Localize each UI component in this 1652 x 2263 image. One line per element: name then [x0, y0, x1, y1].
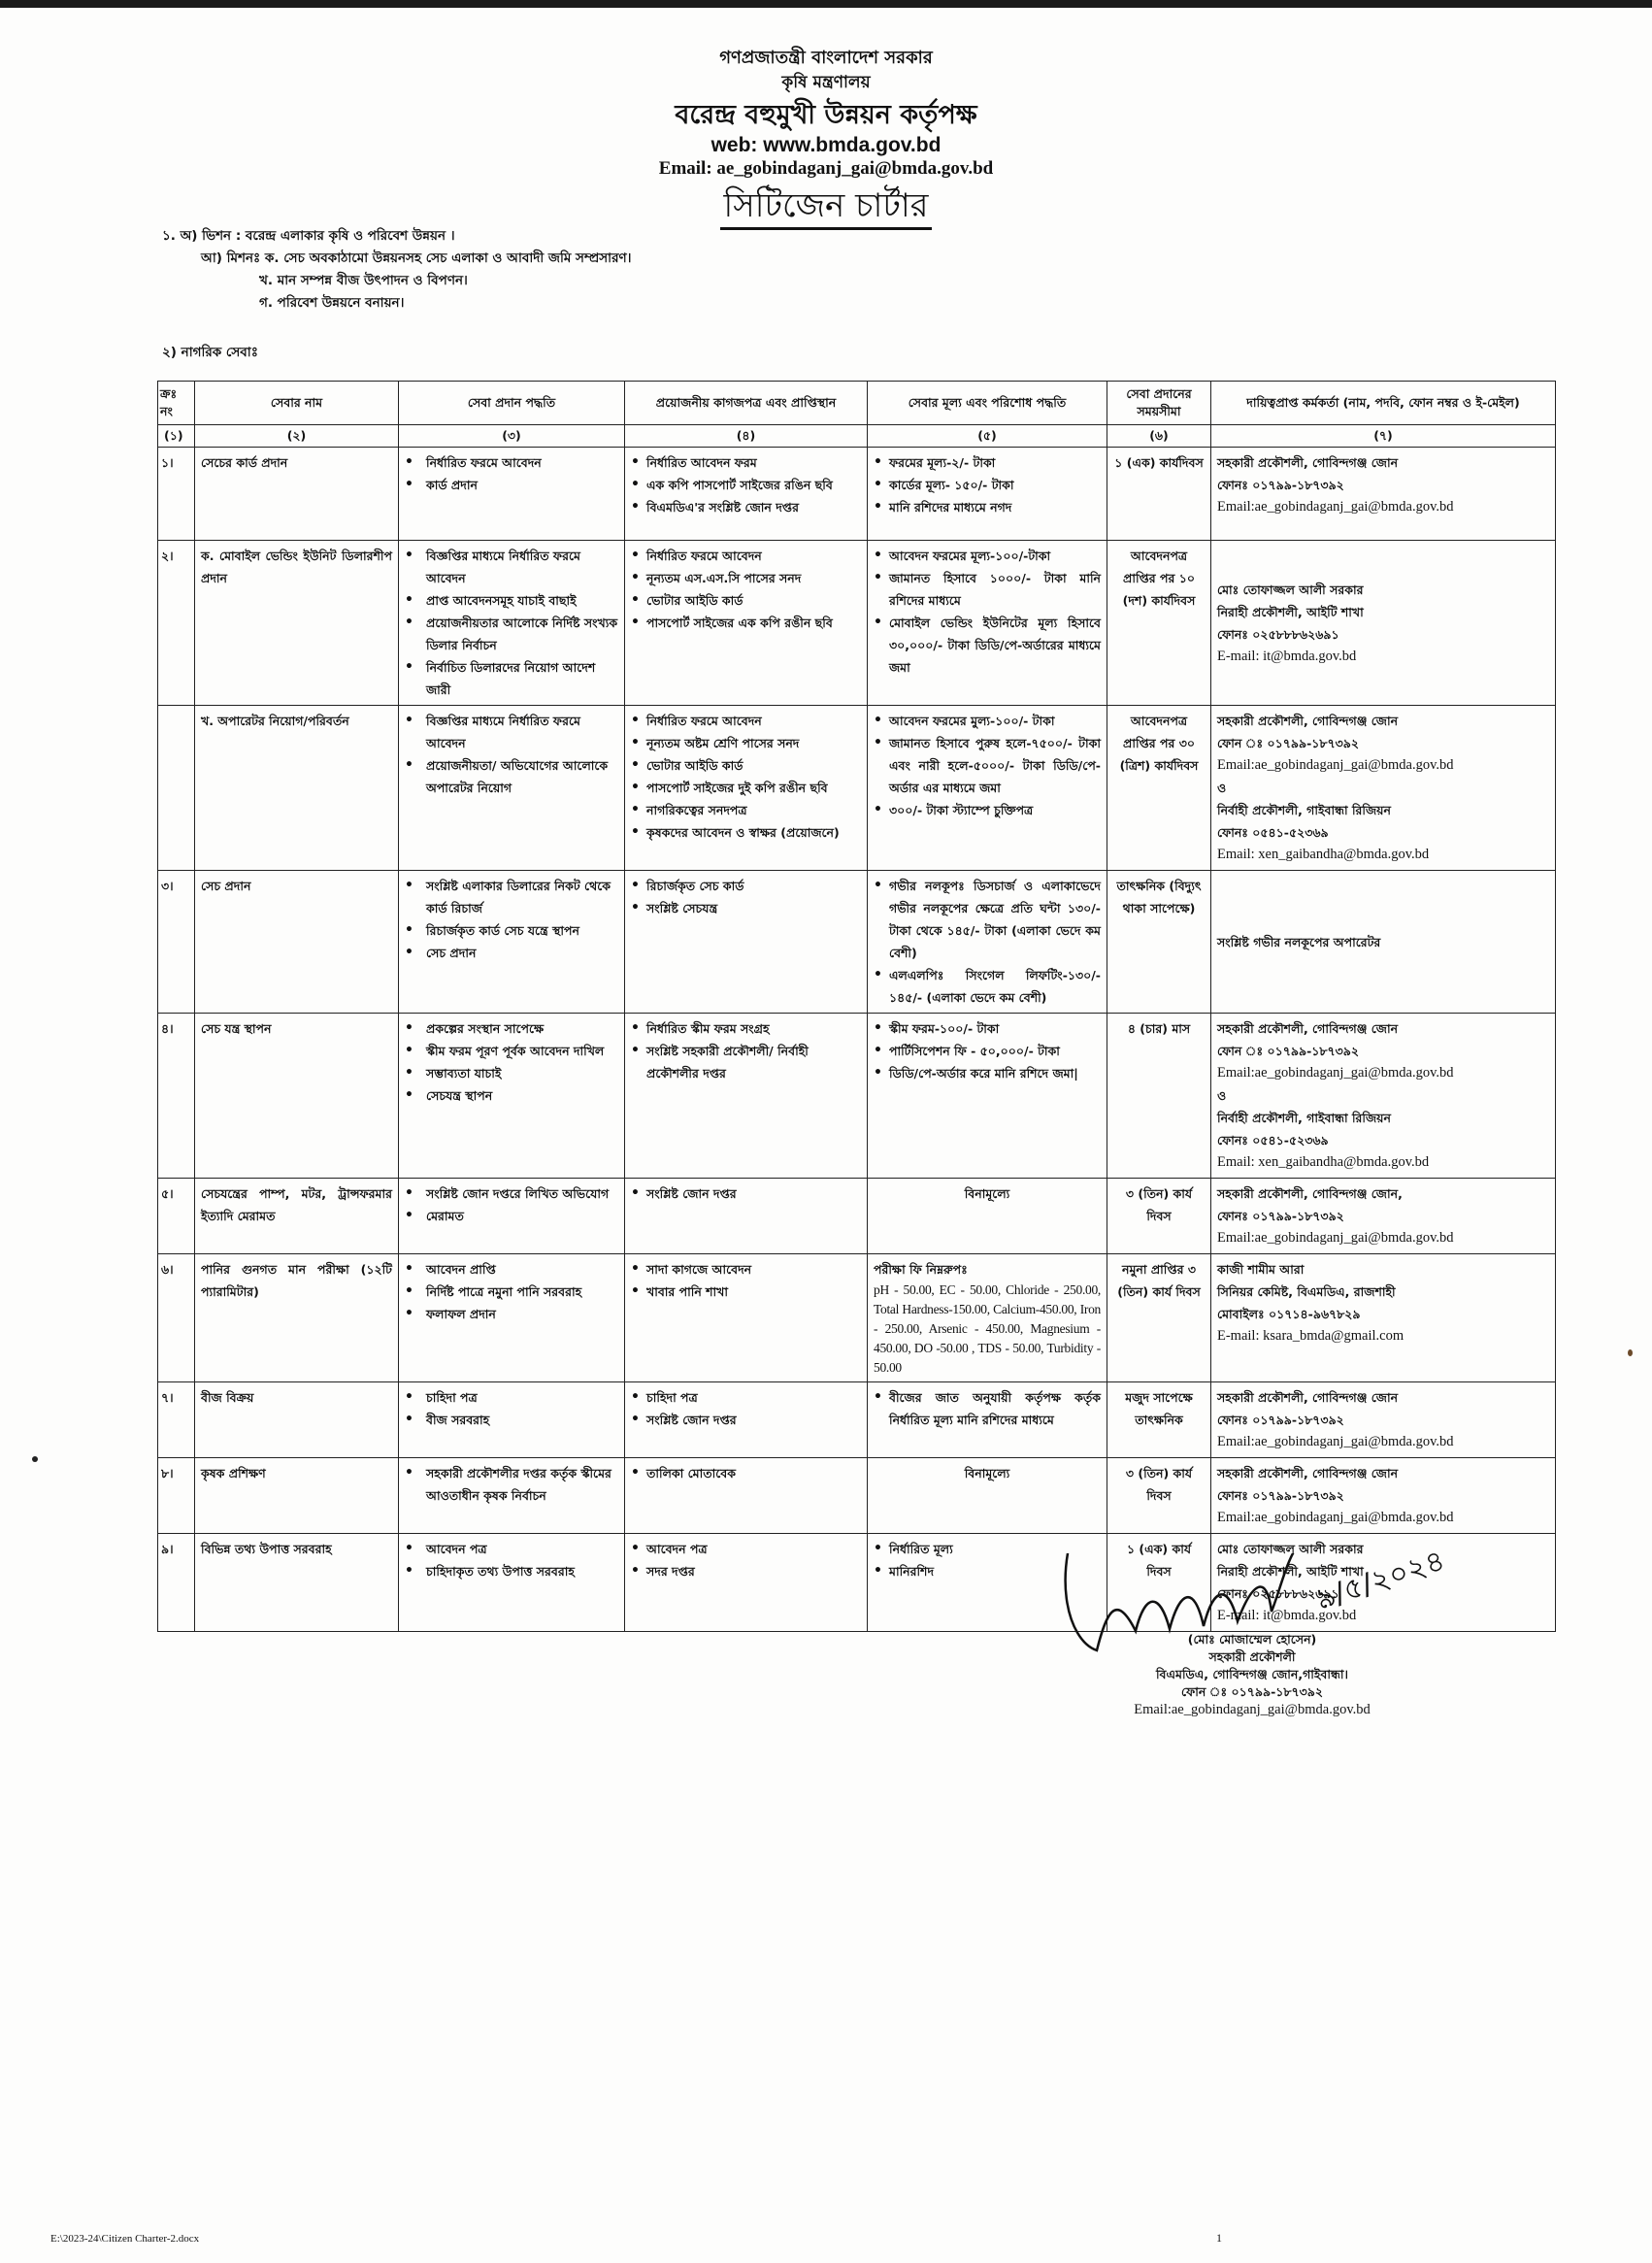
list-item: পাসপোর্ট সাইজের দুই কপি রঙীন ছবি [631, 777, 861, 799]
cell-serial: ৯। [158, 1534, 195, 1632]
list-item: নির্বাচিত ডিলারদের নিয়োগ আদেশ জারী [405, 656, 618, 701]
list-item: নির্ধারিত ফরমে আবেদন [405, 451, 618, 474]
cell-serial [158, 706, 195, 871]
colnum-4: (৪) [625, 425, 868, 448]
cell-fee: বিনামূল্যে [868, 1179, 1107, 1254]
cell-time-limit: ৩ (তিন) কার্য দিবস [1107, 1458, 1211, 1534]
list-item: পাসপোর্ট সাইজের এক কপি রঙীন ছবি [631, 612, 861, 634]
fee-title: পরীক্ষা ফি নিম্নরুপঃ [874, 1258, 1101, 1281]
cell-officer: সহকারী প্রকৌশলী, গোবিন্দগঞ্জ জোনফোন ঃ ০১… [1211, 1014, 1556, 1179]
documents-list: তালিকা মোতাবেক [631, 1462, 861, 1484]
list-item: জামানত হিসাবে ১০০০/- টাকা মানি রশিদের মা… [874, 567, 1101, 612]
officer-line: ফোনঃ ০১৭৯৯-১৮৭৩৯২ [1217, 1409, 1549, 1431]
cell-documents: সংশ্লিষ্ট জোন দপ্তর [625, 1179, 868, 1254]
cell-officer: মোঃ তোফাজ্জল আলী সরকারনিরাহী প্রকৌশলী, আ… [1211, 541, 1556, 706]
citizen-charter-table: ক্রঃ নং সেবার নাম সেবা প্রদান পদ্ধতি প্র… [157, 381, 1556, 1632]
list-item: এলএলপিঃ সিংগেল লিফটিং-১৩০/- ১৪৫/- (এলাকা… [874, 964, 1101, 1009]
officer-line: ফোনঃ ০১৭৯৯-১৮৭৩৯২ [1217, 474, 1549, 496]
officer-email[interactable]: E-mail: ksara_bmda@gmail.com [1217, 1325, 1549, 1348]
cell-method: সংশ্লিষ্ট এলাকার ডিলারের নিকট থেকে কার্ড… [399, 871, 625, 1014]
signatory-office: বিএমডিএ, গোবিন্দগঞ্জ জোন,গাইবান্ধা। [1019, 1666, 1485, 1683]
cell-documents: নির্ধারিত আবেদন ফরমএক কপি পাসপোর্ট সাইজে… [625, 448, 868, 541]
table-row: ১।সেচের কার্ড প্রদাননির্ধারিত ফরমে আবেদন… [158, 448, 1556, 541]
header-officer: দায়িত্বপ্রাপ্ত কর্মকর্তা (নাম, পদবি, ফো… [1211, 382, 1556, 425]
list-item: তালিকা মোতাবেক [631, 1462, 861, 1484]
fee-list: বীজের জাত অনুযায়ী কর্তৃপক্ষ কর্তৃক নির্… [874, 1386, 1101, 1431]
method-list: বিজ্ঞপ্তির মাধ্যমে নির্ধারিত ফরমে আবেদনপ… [405, 545, 618, 701]
organization-name: বরেন্দ্র বহুমুখী উন্নয়ন কর্তৃপক্ষ [0, 95, 1652, 139]
cell-method: আবেদন পত্রচাহিদাকৃত তথ্য উপাত্ত সরবরাহ [399, 1534, 625, 1632]
list-item: আবেদন পত্র [405, 1538, 618, 1560]
fee-free: বিনামূল্যে [874, 1462, 1101, 1484]
list-item: আবেদন পত্র [631, 1538, 861, 1560]
cell-time-limit: ১ (এক) কার্যদিবস [1107, 448, 1211, 541]
table-row: ৮।কৃষক প্রশিক্ষণসহকারী প্রকৌশলীর দপ্তর ক… [158, 1458, 1556, 1534]
signature-date: ৯/৫/২০২৪ [1312, 1553, 1449, 1617]
page-number: 1 [1216, 2231, 1222, 2246]
officer-line: ফোনঃ ০২৫৮৮৮৬২৬৯১ [1217, 623, 1549, 646]
scan-top-edge [0, 0, 1652, 8]
cell-method: চাহিদা পত্রবীজ সরবরাহ [399, 1382, 625, 1458]
officer-email[interactable]: Email:ae_gobindaganj_gai@bmda.gov.bd [1217, 1227, 1549, 1249]
list-item: সাদা কাগজে আবেদন [631, 1258, 861, 1281]
cell-documents: নির্ধারিত ফরমে আবেদননূন্যতম অষ্টম শ্রেণি… [625, 706, 868, 871]
cell-service-name: খ. অপারেটর নিয়োগ/পরিবর্তন [195, 706, 399, 871]
list-item: সংশ্লিষ্ট এলাকার ডিলারের নিকট থেকে কার্ড… [405, 875, 618, 919]
table-row: খ. অপারেটর নিয়োগ/পরিবর্তনবিজ্ঞপ্তির মাধ… [158, 706, 1556, 871]
cell-service-name: সেচ যন্ত্র স্থাপন [195, 1014, 399, 1179]
method-list: প্রকল্পের সংস্থান সাপেক্ষেস্কীম ফরম পূরণ… [405, 1017, 618, 1107]
list-item: স্কীম ফরম পূরণ পূর্বক আবেদন দাখিল [405, 1040, 618, 1062]
cell-documents: সাদা কাগজে আবেদনখাবার পানি শাখা [625, 1254, 868, 1382]
colnum-1: (১) [158, 425, 195, 448]
cell-fee: বিনামূল্যে [868, 1458, 1107, 1534]
list-item: প্রাপ্ত আবেদনসমূহ যাচাই বাছাই [405, 589, 618, 612]
fee-list: আবেদন ফরমের মুল্য-১০০/- টাকাজামানত হিসাব… [874, 710, 1101, 821]
cell-method: বিজ্ঞপ্তির মাধ্যমে নির্ধারিত ফরমে আবেদনপ… [399, 541, 625, 706]
list-item: ৩০০/- টাকা স্ট্যাম্পে চুক্তিপত্র [874, 799, 1101, 821]
colnum-3: (৩) [399, 425, 625, 448]
list-item: পার্টিসিপেশন ফি - ৫০,০০০/- টাকা [874, 1040, 1101, 1062]
officer-line: সংশ্লিষ্ট গভীর নলকূপের অপারেটর [1217, 931, 1549, 953]
website-link[interactable]: web: www.bmda.gov.bd [0, 134, 1652, 157]
officer-line: ফোনঃ ০১৭৯৯-১৮৭৩৯২ [1217, 1484, 1549, 1507]
list-item: রিচার্জকৃত কার্ড সেচ যন্ত্রে স্থাপন [405, 919, 618, 942]
cell-time-limit: মজুদ সাপেক্ষে তাৎক্ষনিক [1107, 1382, 1211, 1458]
cell-documents: তালিকা মোতাবেক [625, 1458, 868, 1534]
table-row: ৭।বীজ বিক্রয়চাহিদা পত্রবীজ সরবরাহচাহিদা… [158, 1382, 1556, 1458]
colnum-6: (৬) [1107, 425, 1211, 448]
officer-line: কাজী শামীম আরা [1217, 1258, 1549, 1281]
list-item: নির্ধারিত ফরমে আবেদন [631, 710, 861, 732]
list-item: রিচার্জকৃত সেচ কার্ড [631, 875, 861, 897]
signatory-phone: ফোন ঃ ০১৭৯৯-১৮৭৩৯২ [1019, 1683, 1485, 1701]
cell-officer: সংশ্লিষ্ট গভীর নলকূপের অপারেটর [1211, 871, 1556, 1014]
list-item: গভীর নলকূপঃ ডিসচার্জ ও এলাকাভেদে গভীর নল… [874, 875, 1101, 964]
signatory-name: (মোঃ মোজাম্মেল হোসেন) [1019, 1631, 1485, 1648]
list-item: খাবার পানি শাখা [631, 1281, 861, 1303]
table-row: ৪।সেচ যন্ত্র স্থাপনপ্রকল্পের সংস্থান সাপ… [158, 1014, 1556, 1179]
documents-list: নির্ধারিত ফরমে আবেদননূন্যতম অষ্টম শ্রেণি… [631, 710, 861, 844]
officer-line: সহকারী প্রকৌশলী, গোবিন্দগঞ্জ জোন [1217, 451, 1549, 474]
mission-line-ka: আ) মিশনঃ ক. সেচ অবকাঠামো উন্নয়নসহ সেচ এ… [162, 248, 632, 270]
table-header-row: ক্রঃ নং সেবার নাম সেবা প্রদান পদ্ধতি প্র… [158, 382, 1556, 425]
citizen-services-heading: ২) নাগরিক সেবাঃ [162, 342, 258, 364]
cell-fee: বীজের জাত অনুযায়ী কর্তৃপক্ষ কর্তৃক নির্… [868, 1382, 1107, 1458]
cell-documents: নির্ধারিত স্কীম ফরম সংগ্রহসংশ্লিষ্ট সহকা… [625, 1014, 868, 1179]
header-email[interactable]: Email: ae_gobindaganj_gai@bmda.gov.bd [0, 158, 1652, 180]
scan-speck [32, 1456, 38, 1462]
list-item: কার্ডের মূল্য- ১৫০/- টাকা [874, 474, 1101, 496]
colnum-5: (৫) [868, 425, 1107, 448]
officer-email[interactable]: Email:ae_gobindaganj_gai@bmda.gov.bd [1217, 496, 1549, 518]
list-item: প্রয়োজনীয়তা/ অভিযোগের আলোকে অপারেটর নি… [405, 754, 618, 799]
list-item: এক কপি পাসপোর্ট সাইজের রঙিন ছবি [631, 474, 861, 496]
list-item: মানি রশিদের মাধ্যমে নগদ [874, 496, 1101, 518]
cell-documents: আবেদন পত্রসদর দপ্তর [625, 1534, 868, 1632]
vision-line: ১. অ) ভিশন : বরেন্দ্র এলাকার কৃষি ও পরিব… [162, 225, 632, 248]
cell-time-limit: ৩ (তিন) কার্য দিবস [1107, 1179, 1211, 1254]
officer2-email[interactable]: Email: xen_gaibandha@bmda.gov.bd [1217, 844, 1549, 866]
cell-officer: সহকারী প্রকৌশলী, গোবিন্দগঞ্জ জোনফোনঃ ০১৭… [1211, 1382, 1556, 1458]
vision-mission: ১. অ) ভিশন : বরেন্দ্র এলাকার কৃষি ও পরিব… [162, 225, 632, 315]
signatory-designation: সহকারী প্রকৌশলী [1019, 1648, 1485, 1666]
method-list: সহকারী প্রকৌশলীর দপ্তর কর্তৃক স্কীমের আও… [405, 1462, 618, 1507]
cell-method: সংশ্লিষ্ট জোন দপ্তরে লিখিত অভিযোগমেরামত [399, 1179, 625, 1254]
table-row: ৫।সেচযন্ত্রের পাম্প, মটর, ট্রান্সফরমার ই… [158, 1179, 1556, 1254]
officer-and: ও [1217, 1084, 1549, 1107]
fee-detail: pH - 50.00, EC - 50.00, Chloride - 250.0… [874, 1281, 1101, 1378]
method-list: সংশ্লিষ্ট এলাকার ডিলারের নিকট থেকে কার্ড… [405, 875, 618, 964]
cell-documents: রিচার্জকৃত সেচ কার্ডসংশ্লিষ্ট সেচযন্ত্র [625, 871, 868, 1014]
cell-method: নির্ধারিত ফরমে আবেদনকার্ড প্রদান [399, 448, 625, 541]
list-item: মেরামত [405, 1205, 618, 1227]
cell-fee: ফরমের মূল্য-২/- টাকাকার্ডের মূল্য- ১৫০/-… [868, 448, 1107, 541]
cell-time-limit: নমুনা প্রাপ্তির ৩ (তিন) কার্য দিবস [1107, 1254, 1211, 1382]
list-item: আবেদন প্রাপ্তি [405, 1258, 618, 1281]
cell-time-limit: আবেদনপত্র প্রাপ্তির পর ৩০ (ত্রিশ) কার্যদ… [1107, 706, 1211, 871]
documents-list: নির্ধারিত ফরমে আবেদননূন্যতম এস.এস.সি পাস… [631, 545, 861, 634]
cell-documents: নির্ধারিত ফরমে আবেদননূন্যতম এস.এস.সি পাস… [625, 541, 868, 706]
documents-list: সাদা কাগজে আবেদনখাবার পানি শাখা [631, 1258, 861, 1303]
list-item: সহকারী প্রকৌশলীর দপ্তর কর্তৃক স্কীমের আও… [405, 1462, 618, 1507]
documents-list: রিচার্জকৃত সেচ কার্ডসংশ্লিষ্ট সেচযন্ত্র [631, 875, 861, 919]
list-item: প্রয়োজনীয়তার আলোকে নির্দিষ্ট সংখ্যক ডি… [405, 612, 618, 656]
officer-line: সিনিয়র কেমিষ্ট, বিএমডিএ, রাজশাহী [1217, 1281, 1549, 1303]
list-item: আবেদন ফরমের মুল্য-১০০/- টাকা [874, 710, 1101, 732]
fee-free: বিনামূল্যে [874, 1182, 1101, 1205]
mission-line-kha: খ. মান সম্পন্ন বীজ উৎপাদন ও বিপণন। [162, 270, 632, 292]
list-item: সংশ্লিষ্ট জোন দপ্তরে লিখিত অভিযোগ [405, 1182, 618, 1205]
cell-time-limit: তাৎক্ষনিক (বিদ্যুৎ থাকা সাপেক্ষে) [1107, 871, 1211, 1014]
officer-line: নিরাহী প্রকৌশলী, আইটি শাখা [1217, 601, 1549, 623]
list-item: সম্ভাব্যতা যাচাই [405, 1062, 618, 1084]
officer-email[interactable]: E-mail: it@bmda.gov.bd [1217, 646, 1549, 668]
signatory-block: (মোঃ মোজাম্মেল হোসেন) সহকারী প্রকৌশলী বি… [1019, 1631, 1485, 1718]
documents-list: সংশ্লিষ্ট জোন দপ্তর [631, 1182, 861, 1205]
list-item: নাগরিকত্বের সনদপত্র [631, 799, 861, 821]
cell-officer: কাজী শামীম আরাসিনিয়র কেমিষ্ট, বিএমডিএ, … [1211, 1254, 1556, 1382]
officer2-line: ফোনঃ ০৫৪১-৫২৩৬৯ [1217, 1129, 1549, 1151]
cell-officer: সহকারী প্রকৌশলী, গোবিন্দগঞ্জ জোনফোনঃ ০১৭… [1211, 1458, 1556, 1534]
officer2-line: নির্বাহী প্রকৌশলী, গাইবান্ধা রিজিয়ন [1217, 799, 1549, 821]
officer-line: সহকারী প্রকৌশলী, গোবিন্দগঞ্জ জোন [1217, 710, 1549, 732]
cell-service-name: পানির গুনগত মান পরীক্ষা (১২টি প্যারামিটা… [195, 1254, 399, 1382]
list-item: বিজ্ঞপ্তির মাধ্যমে নির্ধারিত ফরমে আবেদন [405, 710, 618, 754]
officer-line: মোবাইলঃ ০১৭১৪-৯৬৭৮২৯ [1217, 1303, 1549, 1325]
header-serial: ক্রঃ নং [158, 382, 195, 425]
document-title-text: সিটিজেন চার্টার [720, 186, 933, 230]
documents-list: চাহিদা পত্রসংশ্লিষ্ট জোন দপ্তর [631, 1386, 861, 1431]
list-item: সেচযন্ত্র স্থাপন [405, 1084, 618, 1107]
officer-line: ফোনঃ ০১৭৯৯-১৮৭৩৯২ [1217, 1205, 1549, 1227]
cell-service-name: সেচযন্ত্রের পাম্প, মটর, ট্রান্সফরমার ইত্… [195, 1179, 399, 1254]
cell-method: আবেদন প্রাপ্তিনির্দিষ্ট পাত্রে নমুনা পান… [399, 1254, 625, 1382]
column-number-row: (১) (২) (৩) (৪) (৫) (৬) (৭) [158, 425, 1556, 448]
list-item: ভোটার আইডি কার্ড [631, 754, 861, 777]
cell-time-limit: ৪ (চার) মাস [1107, 1014, 1211, 1179]
colnum-7: (৭) [1211, 425, 1556, 448]
cell-fee: আবেদন ফরমের মূল্য-১০০/-টাকাজামানত হিসাবে… [868, 541, 1107, 706]
colnum-2: (২) [195, 425, 399, 448]
cell-service-name: সেচের কার্ড প্রদান [195, 448, 399, 541]
list-item: সেচ প্রদান [405, 942, 618, 964]
officer-line: মোঃ তোফাজ্জল আলী সরকার [1217, 579, 1549, 601]
list-item: কৃষকদের আবেদন ও স্বাক্ষর (প্রয়োজনে) [631, 821, 861, 844]
list-item: বিএমডিএ'র সংশ্লিষ্ট জোন দপ্তর [631, 496, 861, 518]
officer-email[interactable]: Email:ae_gobindaganj_gai@bmda.gov.bd [1217, 1507, 1549, 1529]
cell-serial: ৬। [158, 1254, 195, 1382]
cell-fee: স্কীম ফরম-১০০/- টাকাপার্টিসিপেশন ফি - ৫০… [868, 1014, 1107, 1179]
cell-documents: চাহিদা পত্রসংশ্লিষ্ট জোন দপ্তর [625, 1382, 868, 1458]
table-row: ২।ক. মোবাইল ভেন্ডিং ইউনিট ডিলারশীপ প্রদা… [158, 541, 1556, 706]
cell-service-name: বীজ বিক্রয় [195, 1382, 399, 1458]
officer-line: সহকারী প্রকৌশলী, গোবিন্দগঞ্জ জোন [1217, 1017, 1549, 1040]
cell-serial: ৮। [158, 1458, 195, 1534]
officer-line: ফোন ঃ ০১৭৯৯-১৮৭৩৯২ [1217, 1040, 1549, 1062]
fee-list: গভীর নলকূপঃ ডিসচার্জ ও এলাকাভেদে গভীর নল… [874, 875, 1101, 1009]
table-row: ৩।সেচ প্রদানসংশ্লিষ্ট এলাকার ডিলারের নিক… [158, 871, 1556, 1014]
cell-service-name: কৃষক প্রশিক্ষণ [195, 1458, 399, 1534]
cell-officer: সহকারী প্রকৌশলী, গোবিন্দগঞ্জ জোনফোনঃ ০১৭… [1211, 448, 1556, 541]
officer-line: সহকারী প্রকৌশলী, গোবিন্দগঞ্জ জোন [1217, 1386, 1549, 1409]
list-item: নূন্যতম এস.এস.সি পাসের সনদ [631, 567, 861, 589]
cell-fee: গভীর নলকূপঃ ডিসচার্জ ও এলাকাভেদে গভীর নল… [868, 871, 1107, 1014]
officer-line: সহকারী প্রকৌশলী, গোবিন্দগঞ্জ জোন [1217, 1462, 1549, 1484]
method-list: চাহিদা পত্রবীজ সরবরাহ [405, 1386, 618, 1431]
list-item: বিজ্ঞপ্তির মাধ্যমে নির্ধারিত ফরমে আবেদন [405, 545, 618, 589]
officer-and: ও [1217, 777, 1549, 799]
list-item: নির্ধারিত স্কীম ফরম সংগ্রহ [631, 1017, 861, 1040]
cell-serial: ৩। [158, 871, 195, 1014]
fee-list: স্কীম ফরম-১০০/- টাকাপার্টিসিপেশন ফি - ৫০… [874, 1017, 1101, 1084]
list-item: সংশ্লিষ্ট সেচযন্ত্র [631, 897, 861, 919]
header-method: সেবা প্রদান পদ্ধতি [399, 382, 625, 425]
scan-speck [1628, 1349, 1633, 1356]
list-item: নির্দিষ্ট পাত্রে নমুনা পানি সরবরাহ [405, 1281, 618, 1303]
documents-list: আবেদন পত্রসদর দপ্তর [631, 1538, 861, 1582]
list-item: ভোটার আইডি কার্ড [631, 589, 861, 612]
cell-serial: ৪। [158, 1014, 195, 1179]
mission-line-ga: গ. পরিবেশ উন্নয়নে বনায়ন। [162, 292, 632, 315]
list-item: বীজের জাত অনুযায়ী কর্তৃপক্ষ কর্তৃক নির্… [874, 1386, 1101, 1431]
list-item: আবেদন ফরমের মূল্য-১০০/-টাকা [874, 545, 1101, 567]
signatory-email[interactable]: Email:ae_gobindaganj_gai@bmda.gov.bd [1019, 1701, 1485, 1718]
documents-list: নির্ধারিত আবেদন ফরমএক কপি পাসপোর্ট সাইজে… [631, 451, 861, 518]
officer-line: ফোন ঃ ০১৭৯৯-১৮৭৩৯২ [1217, 732, 1549, 754]
officer2-email[interactable]: Email: xen_gaibandha@bmda.gov.bd [1217, 1151, 1549, 1174]
method-list: বিজ্ঞপ্তির মাধ্যমে নির্ধারিত ফরমে আবেদনপ… [405, 710, 618, 799]
method-list: আবেদন প্রাপ্তিনির্দিষ্ট পাত্রে নমুনা পান… [405, 1258, 618, 1325]
officer2-line: ফোনঃ ০৫৪১-৫২৩৬৯ [1217, 821, 1549, 844]
cell-fee: আবেদন ফরমের মুল্য-১০০/- টাকাজামানত হিসাব… [868, 706, 1107, 871]
list-item: প্রকল্পের সংস্থান সাপেক্ষে [405, 1017, 618, 1040]
list-item: মোবাইল ভেন্ডিং ইউনিটের মূল্য হিসাবে ৩০,০… [874, 612, 1101, 679]
header-fee: সেবার মূল্য এবং পরিশোধ পদ্ধতি [868, 382, 1107, 425]
cell-service-name: সেচ প্রদান [195, 871, 399, 1014]
method-list: নির্ধারিত ফরমে আবেদনকার্ড প্রদান [405, 451, 618, 496]
list-item: নির্ধারিত ফরমে আবেদন [631, 545, 861, 567]
officer-line: সহকারী প্রকৌশলী, গোবিন্দগঞ্জ জোন, [1217, 1182, 1549, 1205]
cell-time-limit: আবেদনপত্র প্রাপ্তির পর ১০ (দশ) কার্যদিবস [1107, 541, 1211, 706]
cell-method: সহকারী প্রকৌশলীর দপ্তর কর্তৃক স্কীমের আও… [399, 1458, 625, 1534]
fee-list: আবেদন ফরমের মূল্য-১০০/-টাকাজামানত হিসাবে… [874, 545, 1101, 679]
method-list: আবেদন পত্রচাহিদাকৃত তথ্য উপাত্ত সরবরাহ [405, 1538, 618, 1582]
method-list: সংশ্লিষ্ট জোন দপ্তরে লিখিত অভিযোগমেরামত [405, 1182, 618, 1227]
list-item: নির্ধারিত আবেদন ফরম [631, 451, 861, 474]
list-item: নূন্যতম অষ্টম শ্রেণি পাসের সনদ [631, 732, 861, 754]
list-item: সদর দপ্তর [631, 1560, 861, 1582]
fee-list: ফরমের মূল্য-২/- টাকাকার্ডের মূল্য- ১৫০/-… [874, 451, 1101, 518]
list-item: সংশ্লিষ্ট সহকারী প্রকৌশলী/ নির্বাহী প্রক… [631, 1040, 861, 1084]
list-item: ফরমের মূল্য-২/- টাকা [874, 451, 1101, 474]
table-row: ৬।পানির গুনগত মান পরীক্ষা (১২টি প্যারামি… [158, 1254, 1556, 1382]
list-item: ডিডি/পে-অর্ডার করে মানি রশিদে জমা| [874, 1062, 1101, 1084]
list-item: ফলাফল প্রদান [405, 1303, 618, 1325]
cell-serial: ৭। [158, 1382, 195, 1458]
ministry-name: কৃষি মন্ত্রণালয় [0, 70, 1652, 97]
cell-officer: সহকারী প্রকৌশলী, গোবিন্দগঞ্জ জোন,ফোনঃ ০১… [1211, 1179, 1556, 1254]
list-item: বীজ সরবরাহ [405, 1409, 618, 1431]
cell-service-name: ক. মোবাইল ভেন্ডিং ইউনিট ডিলারশীপ প্রদান [195, 541, 399, 706]
cell-method: বিজ্ঞপ্তির মাধ্যমে নির্ধারিত ফরমে আবেদনপ… [399, 706, 625, 871]
footer-file-path: E:\2023-24\Citizen Charter-2.docx [50, 2233, 199, 2245]
header-service-name: সেবার নাম [195, 382, 399, 425]
documents-list: নির্ধারিত স্কীম ফরম সংগ্রহসংশ্লিষ্ট সহকা… [631, 1017, 861, 1084]
header-time-limit: সেবা প্রদানের সময়সীমা [1107, 382, 1211, 425]
officer-email[interactable]: Email:ae_gobindaganj_gai@bmda.gov.bd [1217, 1062, 1549, 1084]
cell-method: প্রকল্পের সংস্থান সাপেক্ষেস্কীম ফরম পূরণ… [399, 1014, 625, 1179]
list-item: চাহিদা পত্র [405, 1386, 618, 1409]
list-item: স্কীম ফরম-১০০/- টাকা [874, 1017, 1101, 1040]
cell-service-name: বিভিন্ন তথ্য উপাত্ত সরবরাহ [195, 1534, 399, 1632]
list-item: চাহিদাকৃত তথ্য উপাত্ত সরবরাহ [405, 1560, 618, 1582]
cell-serial: ৫। [158, 1179, 195, 1254]
cell-serial: ২। [158, 541, 195, 706]
list-item: চাহিদা পত্র [631, 1386, 861, 1409]
cell-officer: সহকারী প্রকৌশলী, গোবিন্দগঞ্জ জোনফোন ঃ ০১… [1211, 706, 1556, 871]
officer2-line: নির্বাহী প্রকৌশলী, গাইবান্ধা রিজিয়ন [1217, 1107, 1549, 1129]
list-item: সংশ্লিষ্ট জোন দপ্তর [631, 1409, 861, 1431]
cell-fee: পরীক্ষা ফি নিম্নরুপঃpH - 50.00, EC - 50.… [868, 1254, 1107, 1382]
list-item: সংশ্লিষ্ট জোন দপ্তর [631, 1182, 861, 1205]
list-item: কার্ড প্রদান [405, 474, 618, 496]
cell-serial: ১। [158, 448, 195, 541]
header-documents: প্রয়োজনীয় কাগজপত্র এবং প্রাপ্তিস্থান [625, 382, 868, 425]
list-item: জামানত হিসাবে পুরুষ হলে-৭৫০০/- টাকা এবং … [874, 732, 1101, 799]
officer-email[interactable]: Email:ae_gobindaganj_gai@bmda.gov.bd [1217, 1431, 1549, 1453]
officer-email[interactable]: Email:ae_gobindaganj_gai@bmda.gov.bd [1217, 754, 1549, 777]
